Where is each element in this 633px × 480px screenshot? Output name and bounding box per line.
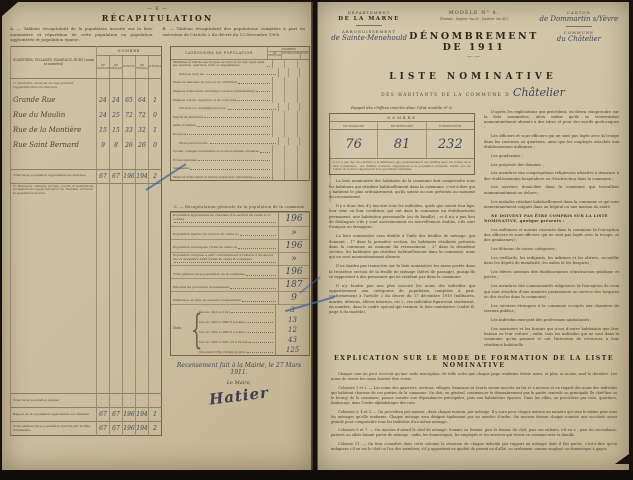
printer-imprint: Melun. — Imprimerie administrative.: [328, 129, 332, 219]
exclude-item: Les individus exerçant des professions a…: [484, 317, 619, 322]
arrondissement-value: de Sainte-Menehould: [329, 34, 409, 42]
page-number: — 6 —: [2, 2, 313, 12]
census-title: DÉNOMBREMENT DE 1911: [409, 31, 539, 53]
exclusion-header: NE DOIVENT PAS ÊTRE COMPRIS SUR LA LISTE…: [484, 213, 619, 223]
category-row: Militaires et marins des troupes de terr…: [171, 60, 309, 69]
dont-label: Dont: [173, 326, 181, 330]
category-row: Asiles d'aliénés: [171, 120, 309, 129]
department-name: DE LA MARNE: [329, 16, 409, 22]
street-row: Rue de la Montière 15 15 33 32 1: [11, 123, 162, 138]
include-item: Les gendarmes ;: [484, 153, 619, 158]
habitants-count: 232: [426, 130, 474, 158]
street-rows: Grande Rue 24 24 65 64 1 Rue du Moulin 2…: [11, 93, 162, 153]
exclude-item: Les vieillards, les indigents, les infir…: [484, 255, 619, 266]
ages-bracket: Dont { Nés en 1910 ou 1911 3: [171, 304, 309, 355]
recap-row: Population municipale (Total du cadre A)…: [171, 239, 309, 252]
explication-section: EXPLICATION SUR LE MODE DE FORMATION DE …: [317, 347, 629, 452]
right-page: Melun. — Imprimerie administrative. DÉPA…: [317, 2, 629, 470]
exclude-item: Les membres des communautés religieuses …: [484, 283, 619, 299]
cadre-c-title: C. — Récapitulation générale de la popul…: [170, 205, 310, 209]
form-header: DÉPARTEMENT DE LA MARNE ARRONDISSEMENT d…: [317, 2, 629, 60]
col-francais: DE FRANÇAIS: [136, 55, 149, 78]
heading-cadre-b: B. — Tableau récapitulatif des populatio…: [163, 26, 306, 43]
category-row: Lycées, collèges communaux et écoles nor…: [171, 145, 309, 154]
section-headings: A. — Tableau récapitulatif de la populat…: [2, 26, 313, 43]
date-line: Recensement fait à la Mairie, le 27 Mars…: [170, 362, 308, 376]
street-row: Rue Saint Bernard 9 8 26 26 0: [11, 138, 162, 153]
cadre-a-table: QUARTIERS, VILLAGES, HAMEAUX, RUES (noms…: [10, 46, 162, 437]
canton-block: CANTON de Dommartin s/Yèvre COMMUNE du C…: [539, 10, 619, 60]
age-row: Nés de 1902 à 1906 (5 à 9 ans) 12: [197, 325, 309, 335]
recap-row: Total général de la population de la com…: [171, 265, 309, 278]
section2-label: 2° Hameaux, villages, fermes, écarts et …: [11, 183, 97, 197]
signature-block: Recensement fait à la Mairie, le 27 Mars…: [170, 362, 310, 405]
category-row: Détenus dans les :: [171, 68, 309, 77]
category-row: Maisons d'éducation surveillée (colonies…: [171, 85, 309, 94]
cadre-c-table: Population agglomérée au chef-lieu (1re …: [170, 211, 310, 356]
ornament: —·—: [409, 55, 539, 60]
age-row: Nés de 1907 à 1909 (2 à 4 ans) 13: [197, 315, 309, 325]
category-row: Dépôts de mendicité: [171, 111, 309, 120]
recapitulation-title: RÉCAPITULATION: [2, 13, 313, 23]
include-item: Les membres des congrégations religieuse…: [484, 170, 619, 181]
intro-paragraph: D'après les explications qui précèdent, …: [484, 109, 619, 130]
age-row: Nés de 1892 à 1901 (10 à 19 ans) 43: [197, 335, 309, 345]
include-item: Les préposés des douanes ;: [484, 162, 619, 167]
include-item: Les officiers et sous-officiers qui ne s…: [484, 133, 619, 149]
total-row: Total de la population éparse: [11, 394, 162, 408]
recap-row: Résultat du précédent recensement 187: [171, 278, 309, 291]
scan-edge: [2, 2, 18, 16]
total-row: Total général de la population inscrite …: [11, 422, 162, 436]
include-item: Les malades résidant habituellement dans…: [484, 199, 619, 210]
col-maisons: DE MAISONS: [97, 55, 110, 78]
exclude-item: Les élèves internes des établissements d…: [484, 269, 619, 280]
street-row: Grande Rue 24 24 65 64 1: [11, 93, 162, 108]
category-row: Internés (ou recueillis) dans les :: [171, 103, 309, 112]
category-row: Écoles spéciales: [171, 154, 309, 163]
include-list: Les officiers et sous-officiers qui ne s…: [484, 133, 619, 209]
total-agglomeree-row: Total de la population agglomérée au che…: [11, 169, 162, 183]
bracket-brace: {: [191, 305, 202, 355]
rappel-box: NOMBRE DE MAISONS DE MÉNAGES D'HABITANTS…: [329, 113, 475, 175]
section1-label: 1° Quartiers, sections ou rues formant l…: [11, 78, 97, 93]
nombre-group-header: NOMBRE: [97, 46, 162, 55]
instruction-paragraph: Il y a donc lieu d'y inscrire tous les i…: [329, 203, 475, 230]
street-name: Rue Saint Bernard: [11, 138, 97, 153]
cadre-a-col-header: QUARTIERS, VILLAGES, HAMEAUX, RUES (noms…: [11, 46, 97, 78]
age-row: Nés avant 1892 (20 ans et plus) 125: [197, 345, 309, 355]
modele-number: MODÈLE N° 8.: [409, 10, 539, 16]
category-rows: Militaires et marins des troupes de terr…: [171, 60, 309, 180]
instruction-paragraph: La liste nominative des habitants de la …: [329, 178, 475, 199]
street-name: Grande Rue: [11, 93, 97, 108]
exclude-list: Les militaires et marins casernés dans l…: [484, 227, 619, 347]
exclude-item: Les détenus de toutes catégories ;: [484, 246, 619, 251]
recap-rows: Population agglomérée au chef-lieu (1re …: [171, 212, 309, 304]
category-row: Maisons d'éducation et autres écoles ave…: [171, 171, 309, 180]
left-page: — 6 — RÉCAPITULATION A. — Tableau récapi…: [2, 2, 313, 470]
total-row: Rappel de la population agglomérée au ch…: [11, 408, 162, 422]
instruction-paragraph: La liste nominative sera établie à l'aid…: [329, 233, 475, 260]
col-individus: D'INDIVIDUS: [123, 55, 136, 78]
binding-gutter: [311, 0, 318, 472]
category-row: Séminaires: [171, 163, 309, 172]
rappel-caption: Rappel des chiffres inscrits dans l'état…: [329, 105, 475, 110]
scan-edge: [615, 454, 629, 464]
recap-row: Différence en plus au présent recensemen…: [171, 291, 309, 304]
menages-count: 81: [377, 130, 425, 158]
exclude-item: Les ouvriers étrangers à la commune occu…: [484, 303, 619, 314]
heading-cadre-a: A. — Tableau récapitulatif de la populat…: [10, 26, 153, 43]
exclude-item: Les militaires et marins casernés dans l…: [484, 227, 619, 243]
subtitle-line: DES HABITANTS DE LA COMMUNE D Châtelier: [317, 86, 629, 99]
exclude-item: Les mariniers et les forains qui n'ont d…: [484, 326, 619, 347]
explication-title: EXPLICATION SUR LE MODE DE FORMATION DE …: [331, 355, 617, 369]
rappel-footnote: Il n'y a pas lieu de s'arrêter à la diff…: [330, 158, 474, 174]
street-name: Rue du Moulin: [11, 108, 97, 123]
title-block: MODÈLE N° 8. (Format : largeur 0m,30 ; h…: [409, 10, 539, 60]
liste-nominative-title: LISTE NOMINATIVE: [317, 72, 629, 82]
include-item: Les ouvriers domiciliés dans la commune …: [484, 184, 619, 195]
instructions-left-column: La liste nominative des habitants de la …: [329, 178, 475, 314]
instruction-paragraph: Il ne faudra pas transcrire sur la liste…: [329, 263, 475, 279]
census-document-scan: — 6 — RÉCAPITULATION A. — Tableau récapi…: [0, 0, 633, 480]
recap-row: Population agglomérée au chef-lieu (1re …: [171, 212, 309, 226]
street-row: Rue du Moulin 24 25 72 72 0: [11, 108, 162, 123]
col-menages: DE MÉNAGES: [110, 55, 123, 78]
cadre-b-header: CATÉGORIES DE POPULATION: [171, 47, 267, 59]
recap-row: Population éparse (2e section du cadre A…: [171, 226, 309, 239]
scan-edge-bottom: [0, 471, 633, 480]
department-block: DÉPARTEMENT DE LA MARNE ARRONDISSEMENT d…: [329, 10, 409, 60]
category-row: Maisons d'arrêt, de justice et de correc…: [171, 94, 309, 103]
category-row: Élèves internes des :: [171, 137, 309, 146]
commune-value: du Châtelier: [539, 35, 619, 43]
bottom-total-rows: Total de la population éparse Rappel de …: [11, 394, 162, 436]
category-row: Hospices: [171, 128, 309, 137]
street-name: Rue de la Montière: [11, 123, 97, 138]
cadre-b-table: CATÉGORIES DE POPULATION NOMBRE DE FRANÇ…: [170, 46, 310, 181]
recap-row: Population comptée à part conformément à…: [171, 252, 309, 266]
commune-handwritten: Châtelier: [513, 86, 565, 99]
col-etrangers: D'ÉTRANGERS: [149, 55, 162, 78]
canton-value: de Dommartin s/Yèvre: [539, 15, 619, 23]
maisons-count: 76: [330, 130, 377, 158]
instruction-paragraph: Il n'y faudra pas non plus inscrire les …: [329, 283, 475, 315]
category-row: Maisons centrales de force et de correct…: [171, 77, 309, 86]
